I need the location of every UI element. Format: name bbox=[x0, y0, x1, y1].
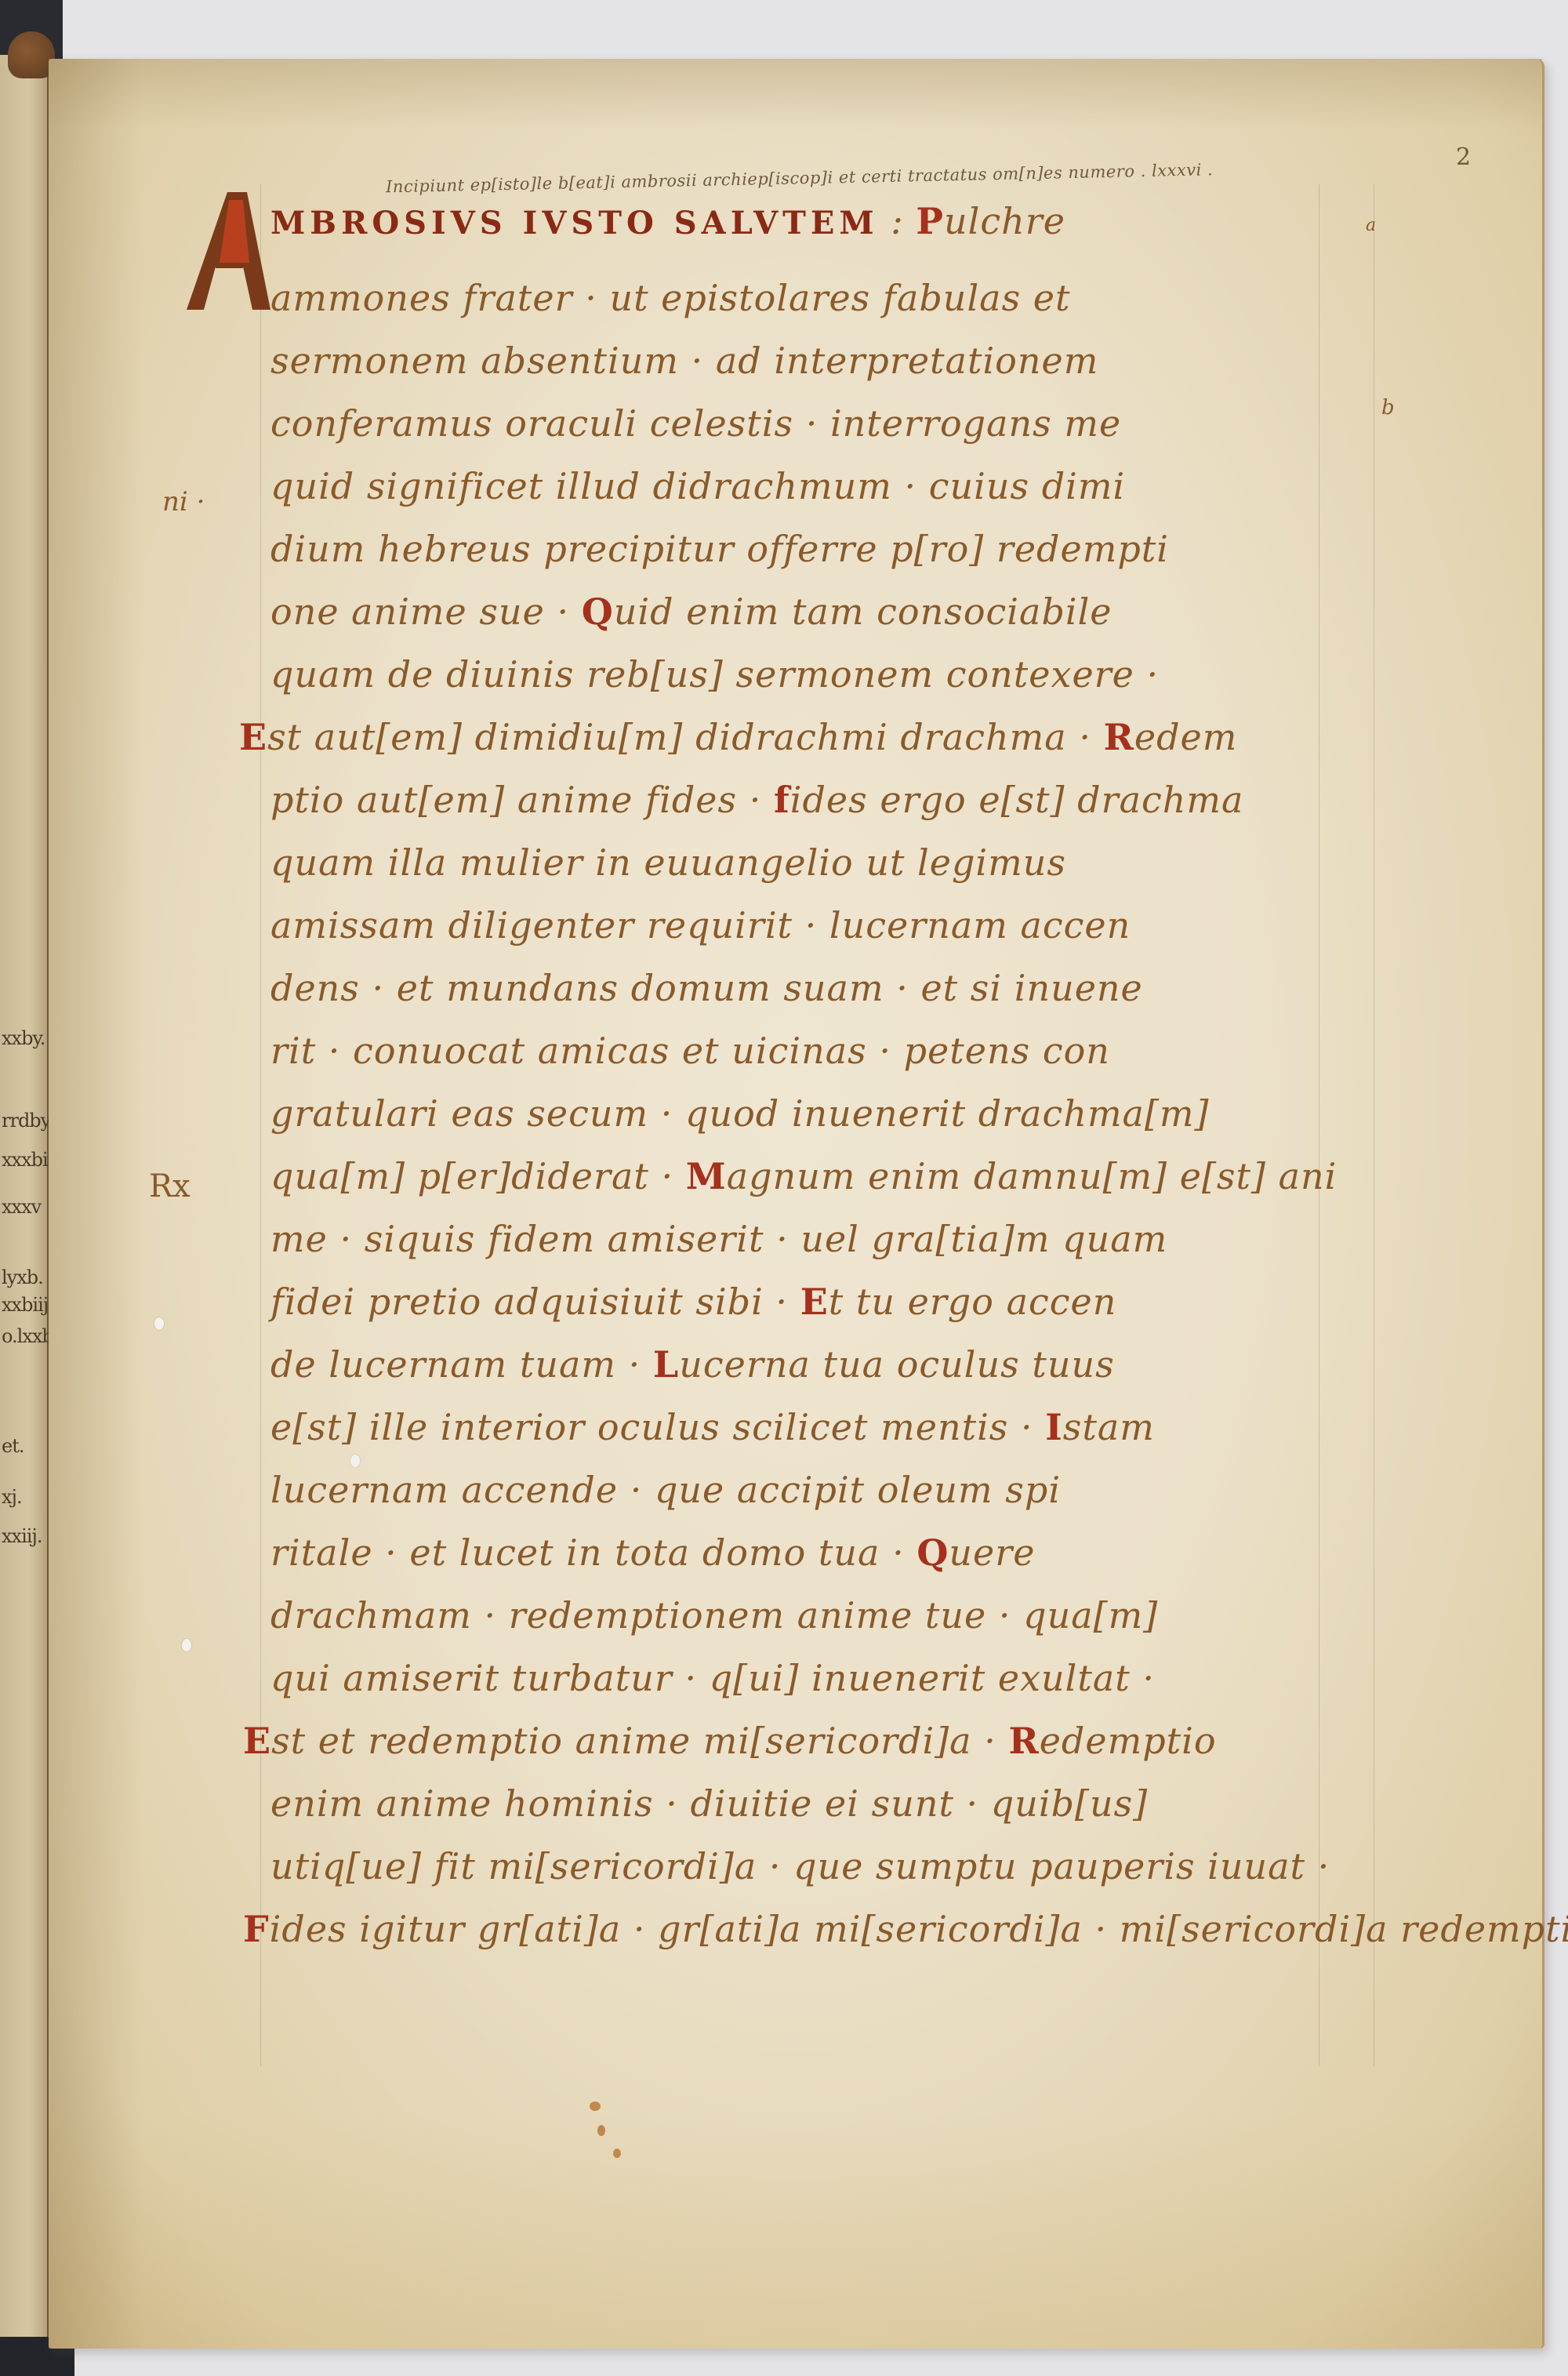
ink-stain bbox=[613, 2149, 621, 2158]
text-line: fidei pretio adquisiuit sibi · Et tu erg… bbox=[270, 1281, 1116, 1343]
line-text: uere bbox=[949, 1531, 1035, 1574]
ink-stain bbox=[590, 2102, 601, 2111]
line-text: qua[m] p[er]diderat · bbox=[270, 1155, 673, 1197]
line-text: one anime sue · bbox=[270, 590, 569, 633]
text-line: qua[m] p[er]diderat · Magnum enim damnu[… bbox=[270, 1155, 1337, 1218]
facing-page-edge: xxby. rrdby. xxxbiij xxxv lyxb. xxbiij o… bbox=[0, 55, 49, 2337]
text-line: one anime sue · Quid enim tam consociabi… bbox=[270, 590, 1112, 653]
left-page-note: xxbiij bbox=[2, 1294, 48, 1316]
decorated-initial-a-icon bbox=[180, 188, 274, 314]
parchment-hole bbox=[182, 1639, 191, 1651]
rubric-initial: E bbox=[243, 1720, 271, 1762]
marginal-note-b: b bbox=[1381, 396, 1395, 420]
text-line: drachmam · redemptionem anime tue · qua[… bbox=[270, 1594, 1158, 1657]
line-text: ides ergo e[st] drachma bbox=[790, 779, 1244, 821]
text-line: conferamus oraculi celestis · interrogan… bbox=[270, 402, 1121, 465]
text-line: amissam diligenter requirit · lucernam a… bbox=[270, 904, 1131, 967]
text-line: ammones frater · ut epistolares fabulas … bbox=[270, 277, 1071, 340]
line-text: st aut[em] dimidiu[m] didrachmi drachma … bbox=[267, 716, 1091, 758]
rubric-initial: M bbox=[686, 1155, 727, 1197]
line-text: enim anime hominis · diuitie ei sunt · q… bbox=[270, 1782, 1148, 1825]
running-title: Incipiunt ep[isto]le b[eat]i ambrosii ar… bbox=[386, 160, 1232, 197]
text-line: rit · conuocat amicas et uicinas · peten… bbox=[270, 1030, 1110, 1092]
rubric-initial: E bbox=[800, 1281, 829, 1323]
parchment-hole bbox=[154, 1317, 164, 1330]
line-text: quid significet illud didrachmum · cuius… bbox=[270, 465, 1125, 507]
line-text: me · siquis fidem amiserit · uel gra[tia… bbox=[270, 1218, 1167, 1260]
line-text: amissam diligenter requirit · lucernam a… bbox=[270, 904, 1131, 946]
line-text: t tu ergo accen bbox=[829, 1281, 1117, 1323]
text-line: qui amiserit turbatur · q[ui] inuenerit … bbox=[270, 1657, 1155, 1720]
rubric-initial: E bbox=[239, 716, 267, 758]
line-text: conferamus oraculi celestis · interrogan… bbox=[270, 402, 1121, 445]
left-page-note: rrdby. bbox=[2, 1110, 53, 1132]
text-line: gratulari eas secum · quod inuenerit dra… bbox=[270, 1092, 1210, 1155]
line-text: stam bbox=[1063, 1406, 1155, 1448]
marginal-note-ni: ni · bbox=[162, 486, 205, 518]
ink-stain bbox=[597, 2125, 605, 2136]
binding-knob bbox=[8, 31, 55, 78]
line-text: drachmam · redemptionem anime tue · qua[… bbox=[270, 1594, 1158, 1637]
line-text: de lucernam tuam · bbox=[270, 1343, 641, 1386]
text-line: Est et redemptio anime mi[sericordi]a · … bbox=[243, 1720, 1217, 1782]
text-line: e[st] ille interior oculus scilicet ment… bbox=[270, 1406, 1155, 1469]
opening-rubric-line: MBROSIVS IVSTO SALVTEM : Pulchre bbox=[270, 200, 1065, 263]
left-page-note: xj. bbox=[2, 1486, 22, 1508]
left-page-note: o.lxxb bbox=[2, 1325, 53, 1347]
text-line: sermonem absentium · ad interpretationem bbox=[270, 340, 1098, 402]
text-line: ptio aut[em] anime fides · fides ergo e[… bbox=[270, 779, 1243, 841]
line-text: edem bbox=[1134, 716, 1238, 758]
rubric-initial: R bbox=[1008, 1720, 1039, 1762]
rubric-initial: f bbox=[774, 779, 790, 821]
line-text: e[st] ille interior oculus scilicet ment… bbox=[270, 1406, 1033, 1448]
line-text: sermonem absentium · ad interpretationem bbox=[270, 340, 1098, 382]
left-page-note: xxiij. bbox=[2, 1525, 42, 1547]
line-text: fidei pretio adquisiuit sibi · bbox=[270, 1281, 788, 1323]
opening-rubric-caps: MBROSIVS IVSTO SALVTEM bbox=[270, 205, 879, 242]
rubric-initial: R bbox=[1104, 716, 1134, 758]
rubric-initial: Q bbox=[916, 1531, 949, 1574]
line-text: ammones frater · ut epistolares fabulas … bbox=[270, 277, 1071, 319]
rubric-initial: Q bbox=[582, 590, 614, 633]
line-text: agnum enim damnu[m] e[st] ani bbox=[727, 1155, 1338, 1197]
rubric-initial: I bbox=[1045, 1406, 1063, 1448]
left-page-note: xxxv bbox=[2, 1196, 41, 1218]
line-text: ritale · et lucet in tota domo tua · bbox=[270, 1531, 905, 1574]
rubric-initial: F bbox=[243, 1908, 270, 1950]
line-text: lucernam accende · que accipit oleum spi bbox=[270, 1469, 1061, 1511]
ruling-line-outer bbox=[1374, 184, 1374, 2066]
line-text: dens · et mundans domum suam · et si inu… bbox=[270, 967, 1143, 1009]
text-line: quam de diuinis reb[us] sermonem contexe… bbox=[270, 653, 1159, 716]
text-line: utiq[ue] fit mi[sericordi]a · que sumptu… bbox=[270, 1845, 1330, 1908]
text-line: enim anime hominis · diuitie ei sunt · q… bbox=[270, 1782, 1148, 1845]
text-line: dium hebreus precipitur offerre p[ro] re… bbox=[270, 528, 1169, 590]
text-line: Est aut[em] dimidiu[m] didrachmi drachma… bbox=[239, 716, 1237, 779]
line-text: ucerna tua oculus tuus bbox=[679, 1343, 1114, 1386]
line-text: dium hebreus precipitur offerre p[ro] re… bbox=[270, 528, 1169, 570]
ruling-line-left bbox=[260, 184, 261, 2066]
rubric-initial: P bbox=[916, 200, 944, 242]
text-line: quam illa mulier in euuangelio ut legimu… bbox=[270, 841, 1066, 904]
line-text: rit · conuocat amicas et uicinas · peten… bbox=[270, 1030, 1110, 1072]
left-page-note: et. bbox=[2, 1435, 24, 1457]
folio-number: 2 bbox=[1456, 144, 1471, 171]
left-page-note: xxby. bbox=[2, 1027, 45, 1049]
line-text: uid enim tam consociabile bbox=[614, 590, 1112, 633]
line-text: qui amiserit turbatur · q[ui] inuenerit … bbox=[270, 1657, 1155, 1699]
text-line: lucernam accende · que accipit oleum spi bbox=[270, 1469, 1061, 1531]
line-text: quam de diuinis reb[us] sermonem contexe… bbox=[270, 653, 1159, 696]
marginal-note-a: a bbox=[1366, 216, 1376, 235]
line-text: ulchre bbox=[944, 200, 1065, 242]
rubric-initial: L bbox=[653, 1343, 679, 1386]
line-text: ides igitur gr[ati]a · gr[ati]a mi[seric… bbox=[270, 1908, 1568, 1950]
text-line: ritale · et lucet in tota domo tua · Que… bbox=[270, 1531, 1035, 1594]
text-line: quid significet illud didrachmum · cuius… bbox=[270, 465, 1125, 528]
line-text: quam illa mulier in euuangelio ut legimu… bbox=[270, 841, 1066, 884]
line-text: edemptio bbox=[1040, 1720, 1217, 1762]
line-text: st et redemptio anime mi[sericordi]a · bbox=[271, 1720, 996, 1762]
line-text: ptio aut[em] anime fides · bbox=[270, 779, 761, 821]
text-line: de lucernam tuam · Lucerna tua oculus tu… bbox=[270, 1343, 1115, 1406]
text-line: dens · et mundans domum suam · et si inu… bbox=[270, 967, 1143, 1030]
marginal-note-rx: Rx bbox=[149, 1168, 191, 1204]
left-page-note: lyxb. bbox=[2, 1266, 43, 1288]
text-line: me · siquis fidem amiserit · uel gra[tia… bbox=[270, 1218, 1167, 1281]
line-text: gratulari eas secum · quod inuenerit dra… bbox=[270, 1092, 1210, 1135]
text-line: Fides igitur gr[ati]a · gr[ati]a mi[seri… bbox=[243, 1908, 1568, 1971]
line-text: utiq[ue] fit mi[sericordi]a · que sumptu… bbox=[270, 1845, 1330, 1887]
ruling-line-right bbox=[1319, 184, 1319, 2066]
